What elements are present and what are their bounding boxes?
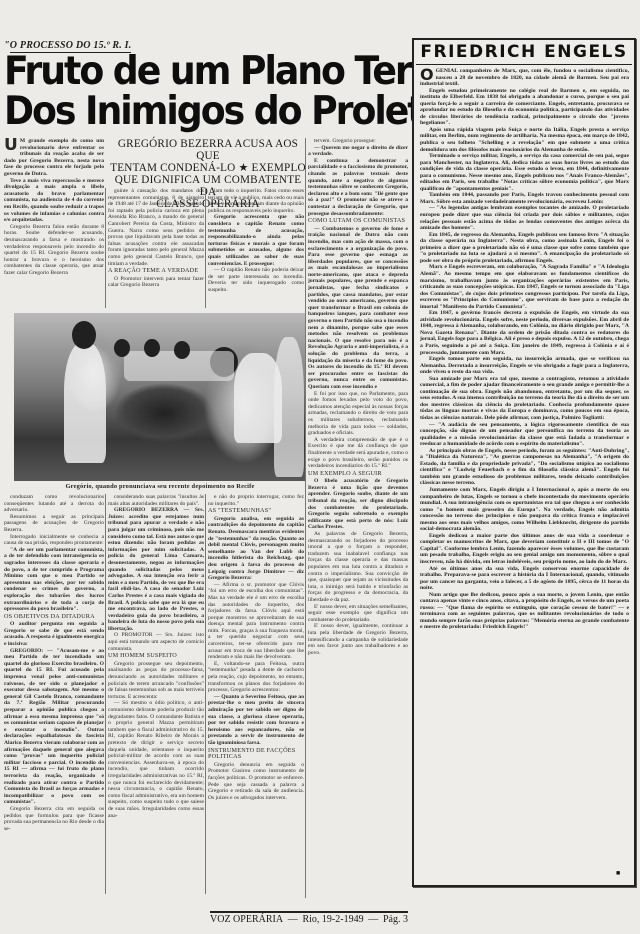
newspaper-page: "O PROCESSO DO 15.º R. I. Fruto de um Pl…	[0, 0, 640, 934]
sidebar-paragraph: Engels tomou parte em seguida, na insurr…	[420, 356, 629, 376]
sidebar-paragraph: Até os últimos anos da sua vida, Engels …	[420, 566, 629, 592]
article-paragraph: Gregorio prossegue seu depoimento, anali…	[108, 661, 204, 701]
article-paragraph: guinte à cassação dos mandatos dos repre…	[108, 188, 204, 267]
article-col2-top: guinte à cassação dos mandatos dos repre…	[108, 188, 204, 310]
sidebar-paragraph: Terminado o serviço militar, Engels, a s…	[420, 153, 629, 192]
subhead: A REAÇÃO TEME A VERDADE	[108, 268, 204, 275]
photo-figure	[64, 343, 106, 463]
subhead: AS "TESTEMUNHAS"	[208, 508, 304, 515]
sidebar-paragraph: Após uma rápida viagem pela Suiça e nort…	[420, 127, 629, 153]
publication-date: Rio, 19-2-1949	[302, 914, 363, 925]
title-rule	[416, 64, 632, 65]
sidebar-paragraph: Engels dedicou a maior parte dos últimos…	[420, 533, 629, 566]
sidebar-paragraph: Marx e Engels escreveram, em colaboração…	[420, 264, 629, 310]
sidebar-paragraph: Em 1847, o govêrno francês decreta a exp…	[420, 310, 629, 356]
article-paragraph: Gregorio acrescenta que não considera o …	[208, 214, 304, 267]
sidebar-paragraph: OGENIAL companheiro de Marx, que, com êl…	[420, 68, 629, 88]
footer-separator: —	[288, 914, 298, 925]
subhead: UM EXEMPLO A SEGUIR	[308, 471, 408, 478]
sidebar-paragraph: Sua amizade por Marx era tal que, mesmo …	[420, 376, 629, 422]
article-col3-top: lam todo o inquerito. Fatos como esses t…	[208, 188, 304, 310]
deck-line-2: TENTAM CONDENÁ-LO ★ EXEMPLO	[108, 162, 308, 174]
deck-line-1: GREGÓRIO BEZERRA ACUSA AOS QUE	[108, 138, 308, 162]
headline: Fruto de um Plano Terrorista Dos Inimigo…	[4, 52, 381, 132]
article-paragraph: Interrogado inicialmente se conhecia a c…	[4, 534, 104, 547]
article-paragraph: Resumimos a seguir as principais passage…	[4, 514, 104, 534]
sidebar-paragraph: As principais obras de Engels, nesse per…	[420, 448, 629, 487]
article-paragraph: E continua a demonstrar a parcialidade e…	[308, 158, 408, 217]
star-icon: ★	[238, 162, 248, 174]
article-paragraph: O Promotor intervem para tentar fazer ca…	[108, 276, 204, 289]
article-paragraph: — Combatemos o governo de fome e traição…	[308, 226, 408, 391]
photo-figure	[144, 339, 160, 357]
dropcap: O	[420, 68, 434, 81]
subhead: UM HOMEM SUSPEITO	[108, 653, 204, 660]
sidebar-paragraph: Juntamente com Marx, Engels dirigiu a I …	[420, 487, 629, 533]
end-mark-icon: ■	[616, 869, 620, 877]
article-photo	[14, 313, 306, 481]
photo-caption: Gregório, quando pronunciava seu recente…	[14, 483, 306, 490]
photo-figure	[114, 339, 130, 357]
subhead: COMO LUTAM OS COMUNISTAS	[308, 218, 408, 225]
sidebar-title: FRIEDRICH ENGELS	[414, 42, 634, 62]
article-paragraph: Gregorio analisa, em seguida as contradi…	[208, 516, 304, 582]
article-paragraph: E foi por isso que, no Parlamento, para …	[308, 391, 408, 437]
sidebar-paragraph: Em 1845, de regresso da Alemanha, Engels…	[420, 232, 629, 265]
article-paragraph: Gregorio denuncia em seguida o Promotor …	[208, 762, 304, 802]
footer-rule	[210, 911, 408, 913]
article-paragraph: lam todo o inquerito. Fatos como esses t…	[208, 188, 304, 214]
article-paragraph: — Querem me negar o direito de dizer a v…	[308, 145, 408, 158]
column-rule	[105, 494, 106, 894]
article-paragraph: "A de ser um parlamentar comunista, a de…	[4, 547, 104, 613]
headline-line-2: Dos Inimigos do Proletariado	[4, 92, 381, 132]
deck-line-2b: EXEMPLO	[252, 162, 306, 174]
page-footer: VOZ OPERÁRIA — Rio, 19-2-1949 — Pág. 3	[210, 914, 408, 925]
article-paragraph: O libelo acusatório de Gregorio Bezerra …	[308, 478, 408, 531]
subhead: OS OBJETIVOS DA DITADURA	[4, 614, 104, 621]
article-paragraph: GREGORIO BEZERRA — Srs. Juizes: acredito…	[108, 507, 204, 632]
sidebar-paragraph: Também em 1844, passando por Paris, Enge…	[420, 192, 629, 205]
headline-line-1: Fruto de um Plano Terrorista	[4, 52, 381, 92]
article-paragraph: e não do proprio interrogar, como fez no…	[208, 494, 304, 507]
dropcap: U	[4, 138, 18, 153]
photo-figure	[72, 321, 96, 349]
sidebar-paragraph: — "As legendas antigas lembram exemplos …	[420, 205, 629, 231]
article-col1-bottom: conduzam como revolucionarios conseqüent…	[4, 494, 104, 900]
subhead: INSTRUMENTO DE FACÇÕES POLITICAS	[208, 748, 304, 761]
article-paragraph: Gregorio Bezerra falou então durante 8 h…	[4, 224, 104, 277]
article-paragraph: E' nosso dever, em situações semelhantes…	[308, 604, 408, 624]
article-col3-bottom: e não do proprio interrogar, como fez no…	[208, 494, 304, 900]
sidebar-paragraph: Engels estudou primeiramente no colégio …	[420, 88, 629, 127]
photo-figure	[174, 341, 190, 359]
article-paragraph: — Só mesmo o ódio politico, o anti-comun…	[108, 700, 204, 819]
photo-figure	[274, 337, 304, 477]
deck-line-2a: TENTAM CONDENÁ-LO	[110, 162, 235, 174]
column-rule	[105, 188, 106, 308]
article-paragraph: considerando suas palavras "insultos às …	[108, 494, 204, 507]
article-paragraph: A verdadeira compreensão de que é o Exer…	[308, 437, 408, 470]
article-col1-top: UM grande exemplo de como um revoluciona…	[4, 138, 104, 310]
article-paragraph: Teve a mais viva repercussão e merece di…	[4, 178, 104, 224]
article-paragraph: — O capitão Renato não poderia deixar de…	[208, 267, 304, 293]
page-number: Pág. 3	[383, 914, 408, 925]
engels-sidebar: FRIEDRICH ENGELS OGENIAL companheiro de …	[412, 38, 636, 887]
article-paragraph: E' nosso dever, igualmente, continuar a …	[308, 623, 408, 656]
article-paragraph: GREGORIO: — "Acusam-me e ao meu Partido …	[4, 648, 104, 806]
article-col2-bottom: considerando suas palavras "insultos às …	[108, 494, 204, 900]
article-paragraph: — Quanto a Severino Feitosa, que ao pres…	[208, 694, 304, 747]
article-paragraph: As palavras de Gregorio Bezerra, desmasc…	[308, 531, 408, 604]
sidebar-paragraph: — "A audácia de seu pensamento, a lógica…	[420, 422, 629, 448]
article-paragraph: O auditor pergunta em seguida a Gregorio…	[4, 621, 104, 647]
article-col4: tervem. Gregorio prosegue: — Querem me n…	[308, 138, 408, 898]
footer-separator: —	[368, 914, 378, 925]
article-paragraph: O PROMOTOR — Srs. Juizes: isto aqui está…	[108, 632, 204, 652]
sidebar-body: OGENIAL companheiro de Marx, que, com êl…	[420, 68, 629, 880]
sidebar-paragraph: Num artigo que lhe dedicou, pouco após a…	[420, 592, 629, 631]
publication-name: VOZ OPERÁRIA	[210, 914, 283, 925]
column-rule	[305, 138, 306, 898]
article-paragraph: conduzam como revolucionarios conseqüent…	[4, 494, 104, 514]
lead-paragraph: UM grande exemplo de como um revoluciona…	[4, 138, 104, 178]
column-rule	[205, 494, 206, 894]
article-paragraph: Gregorio Bezerra cita em seguida os pedi…	[4, 806, 104, 832]
article-paragraph: E, voltando-se para Feitosa, outra "test…	[208, 661, 304, 694]
column-rule	[205, 188, 206, 308]
article-paragraph: — Afirma o sr. promotor que Clóvis "foi …	[208, 582, 304, 661]
article-paragraph: tervem. Gregorio prosegue:	[308, 138, 408, 145]
